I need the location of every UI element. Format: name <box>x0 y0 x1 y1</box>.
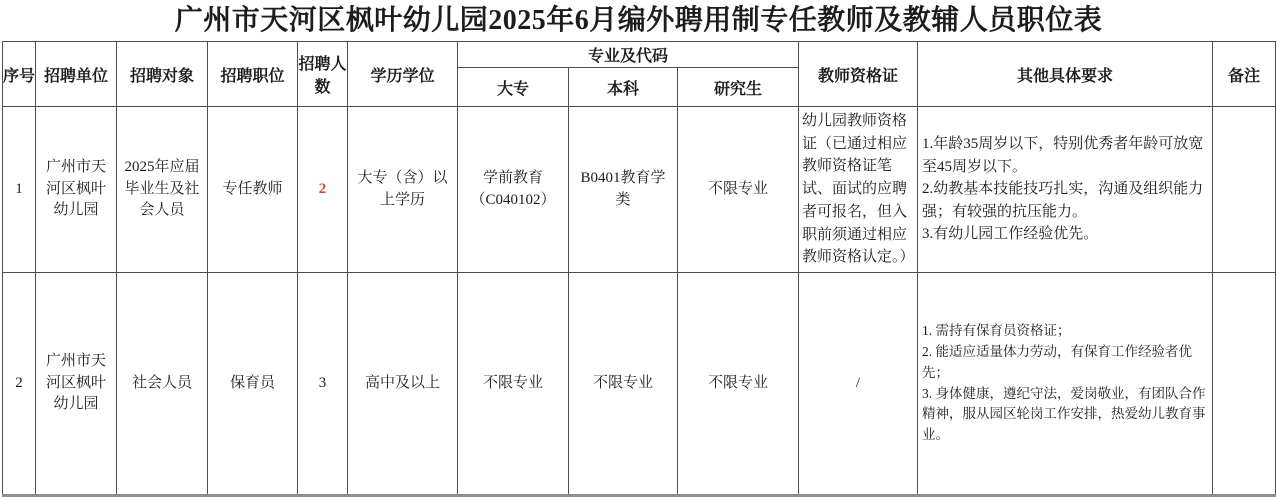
header-seq: 序号 <box>3 42 36 107</box>
cell-r1-remark <box>1213 107 1276 273</box>
document-page: 广州市天河区枫叶幼儿园2025年6月编外聘用制专任教师及教辅人员职位表 序号 招… <box>0 0 1277 500</box>
cell-r1-bachelor: B0401教育学类 <box>569 107 678 273</box>
cell-r2-seq: 2 <box>3 273 36 496</box>
header-position: 招聘职位 <box>208 42 298 107</box>
cell-r2-target: 社会人员 <box>117 273 208 496</box>
header-unit: 招聘单位 <box>36 42 117 107</box>
cell-r1-seq: 1 <box>3 107 36 273</box>
header-target: 招聘对象 <box>117 42 208 107</box>
header-postgraduate: 研究生 <box>678 68 799 107</box>
header-requirements: 其他具体要求 <box>918 42 1213 107</box>
table-row: 2 广州市天河区枫叶幼儿园 社会人员 保育员 3 高中及以上 不限专业 不限专业… <box>3 273 1276 496</box>
cell-r1-position: 专任教师 <box>208 107 298 273</box>
cell-r2-count: 3 <box>298 273 348 496</box>
cell-r2-postgraduate: 不限专业 <box>678 273 799 496</box>
page-title: 广州市天河区枫叶幼儿园2025年6月编外聘用制专任教师及教辅人员职位表 <box>0 0 1277 41</box>
cell-r2-college: 不限专业 <box>458 273 569 496</box>
header-row-top: 序号 招聘单位 招聘对象 招聘职位 招聘人数 学历学位 专业及代码 教师资格证 … <box>3 42 1276 68</box>
cell-r1-requirements: 1.年龄35周岁以下，特别优秀者年龄可放宽至45周岁以下。 2.幼教基本技能技巧… <box>918 107 1213 273</box>
header-college: 大专 <box>458 68 569 107</box>
cell-r1-certificate: 幼儿园教师资格证（已通过相应教师资格证笔试、面试的应聘者可报名，但入职前须通过相… <box>799 107 918 273</box>
cell-r1-college: 学前教育（C040102） <box>458 107 569 273</box>
cell-r2-education: 高中及以上 <box>348 273 458 496</box>
cell-r2-requirements: 1. 需持有保育员资格证； 2. 能适应适量体力劳动，有保育工作经验者优先； 3… <box>918 273 1213 496</box>
header-remark: 备注 <box>1213 42 1276 107</box>
header-education: 学历学位 <box>348 42 458 107</box>
header-count: 招聘人数 <box>298 42 348 107</box>
cell-r1-count: 2 <box>298 107 348 273</box>
cell-r1-unit: 广州市天河区枫叶幼儿园 <box>36 107 117 273</box>
cell-r2-bachelor: 不限专业 <box>569 273 678 496</box>
cell-r2-certificate: / <box>799 273 918 496</box>
header-major-group: 专业及代码 <box>458 42 799 68</box>
cell-r2-position: 保育员 <box>208 273 298 496</box>
header-bachelor: 本科 <box>569 68 678 107</box>
cell-r1-target: 2025年应届毕业生及社会人员 <box>117 107 208 273</box>
cell-r2-unit: 广州市天河区枫叶幼儿园 <box>36 273 117 496</box>
cell-r1-postgraduate: 不限专业 <box>678 107 799 273</box>
cell-r2-remark <box>1213 273 1276 496</box>
table-row: 1 广州市天河区枫叶幼儿园 2025年应届毕业生及社会人员 专任教师 2 大专（… <box>3 107 1276 273</box>
job-positions-table: 序号 招聘单位 招聘对象 招聘职位 招聘人数 学历学位 专业及代码 教师资格证 … <box>2 41 1276 497</box>
header-certificate: 教师资格证 <box>799 42 918 107</box>
cell-r1-education: 大专（含）以上学历 <box>348 107 458 273</box>
